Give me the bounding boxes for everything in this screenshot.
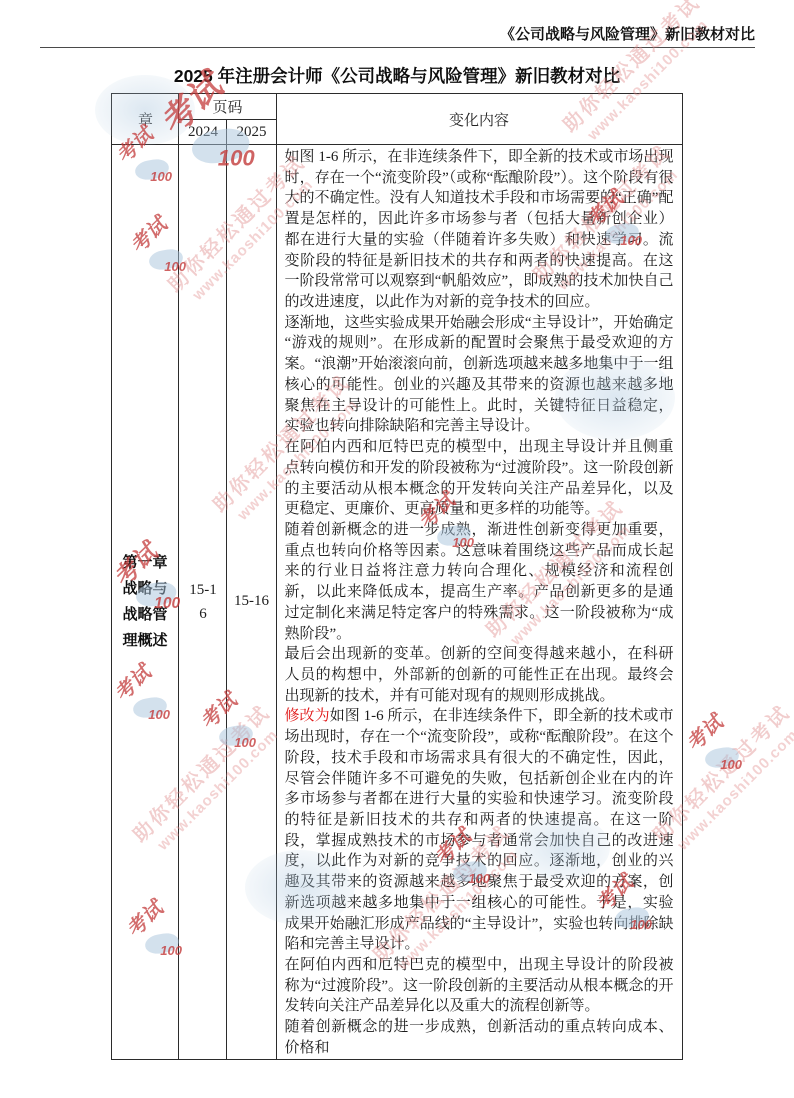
change-paragraph: 最后会出现新的变革。创新的空间变得越来越小，在科研人员的构想中，外部新的创新的可… xyxy=(285,644,674,706)
stamp-brand-cn: 考试 xyxy=(683,711,728,756)
change-paragraph: 随着创新概念的进一步成熟，渐进性创新变得更加重要，重点也转向价格等因素。这意味着… xyxy=(285,520,674,644)
change-paragraph: 在阿伯内西和厄特巴克的模型中，出现主导设计的阶段被称为“过渡阶段”。这一阶段创新… xyxy=(285,955,674,1017)
change-paragraph: 随着创新概念的进一步成熟，创新活动的重点转向成本、价格和 xyxy=(285,1017,674,1058)
change-paragraph: 修改为如图 1-6 所示，在非连续条件下，即全新的技术或市场出现时，存在一个“流… xyxy=(285,706,674,955)
page-title: 2025 年注册会计师《公司战略与风险管理》新旧教材对比 xyxy=(0,64,794,88)
col-header-changes: 变化内容 xyxy=(276,94,682,145)
table-row: 第一章战略与战略管理概述 15-16 15-16 如图 1-6 所示，在非连续条… xyxy=(112,145,682,1060)
changes-cell: 如图 1-6 所示，在非连续条件下，即全新的技术或市场出现时，存在一个“流变阶段… xyxy=(276,145,682,1060)
table-header-row-1: 章 页码 变化内容 xyxy=(112,94,682,120)
comparison-table: 章 页码 变化内容 2024 2025 第一章战略与战略管理概述 15-16 1… xyxy=(111,93,682,1060)
change-paragraph: 逐渐地，这些实验成果开始融会形成“主导设计”，开始确定“游戏的规则”。在形成新的… xyxy=(285,313,674,437)
chapter-name: 第一章战略与战略管理概述 xyxy=(112,145,179,1060)
document-page: { "page": { "header_right": "《公司战略与风险管理》… xyxy=(0,0,794,1098)
stamp-brand-num: 100 xyxy=(720,757,742,772)
col-header-chapter: 章 xyxy=(112,94,179,145)
modified-label: 修改为 xyxy=(285,708,330,724)
change-paragraph: 在阿伯内西和厄特巴克的模型中，出现主导设计并且侧重点转向模仿和开发的阶段被称为“… xyxy=(285,437,674,520)
col-header-2025: 2025 xyxy=(227,120,276,145)
page-number-2025: 15-16 xyxy=(227,145,276,1060)
col-header-2024: 2024 xyxy=(179,120,227,145)
watermark-url: www.kaoshi100.com xyxy=(667,719,794,861)
running-header: 《公司战略与风险管理》新旧教材对比 xyxy=(40,25,755,48)
col-header-page-group: 页码 xyxy=(179,94,276,120)
change-paragraph: 如图 1-6 所示，在非连续条件下，即全新的技术或市场出现时，存在一个“流变阶段… xyxy=(285,147,674,313)
stamp-swoosh-icon xyxy=(704,745,741,770)
page-number-2024: 15-16 xyxy=(179,145,227,1060)
brand-stamp-icon: 考试100 xyxy=(698,736,744,772)
